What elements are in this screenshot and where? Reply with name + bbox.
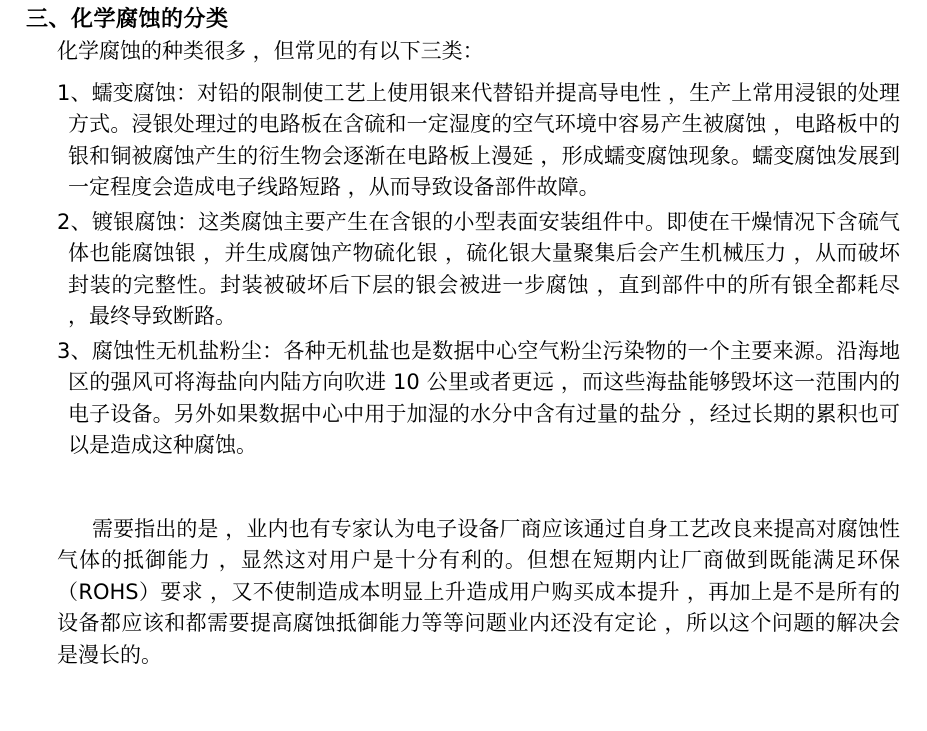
list-item-3-number: 3、 [57, 339, 92, 363]
list-item-1-text: 蠕变腐蚀：对铅的限制使工艺上使用银来代替铅并提高导电性 ，生产上常用浸银的处理方… [68, 81, 900, 200]
list-item-1-number: 1、 [57, 81, 92, 105]
list-item-3-text: 腐蚀性无机盐粉尘：各种无机盐也是数据中心空气粉尘污染物的一个主要来源。沿海地区的… [68, 339, 900, 458]
document-page: 三、化学腐蚀的分类 化学腐蚀的种类很多 ，但常见的有以下三类： 1、蠕变腐蚀：对… [0, 0, 927, 731]
list-item-2-text: 镀银腐蚀：这类腐蚀主要产生在含银的小型表面安装组件中。即使在干燥情况下含硫气体也… [68, 210, 900, 329]
list-item-2-number: 2、 [57, 210, 92, 234]
section-heading: 三、化学腐蚀的分类 [0, 0, 927, 36]
closing-paragraph: 需要指出的是 ，业内也有专家认为电子设备厂商应该通过自身工艺改良来提高对腐蚀性气… [0, 514, 927, 672]
list-item-2: 2、镀银腐蚀：这类腐蚀主要产生在含银的小型表面安装组件中。即使在干燥情况下含硫气… [0, 207, 927, 333]
list-item-1: 1、蠕变腐蚀：对铅的限制使工艺上使用银来代替铅并提高导电性 ，生产上常用浸银的处… [0, 78, 927, 204]
list-item-3: 3、腐蚀性无机盐粉尘：各种无机盐也是数据中心空气粉尘污染物的一个主要来源。沿海地… [0, 336, 927, 462]
intro-text: 化学腐蚀的种类很多 ，但常见的有以下三类： [0, 36, 927, 68]
